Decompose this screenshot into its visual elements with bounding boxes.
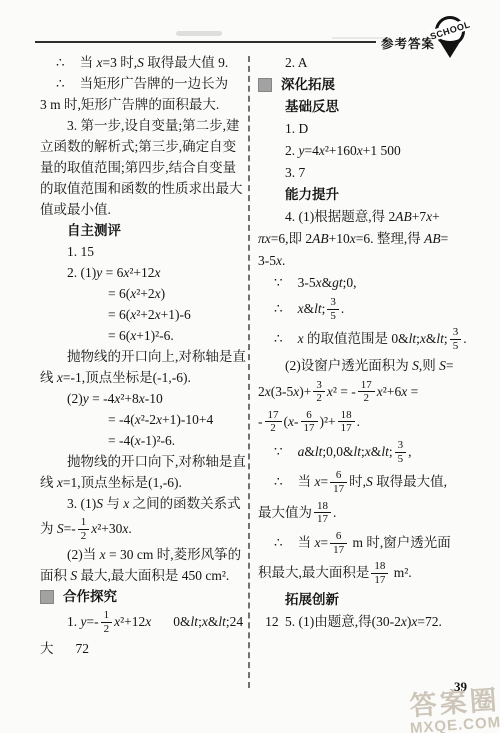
watermark: 答案圈 MXQE.COM [407,687,500,733]
math-run: 面积 S 最大,最大面积是 450 [40,568,205,583]
text-line: 3-5x. [258,250,496,272]
math-run: 3. (1)S 与 x 之间的函数关系式 [67,496,241,511]
fraction: 35 [327,296,339,322]
scan-smudge [176,31,222,36]
text-line: ∴当矩形广告牌的一边长为 [40,73,246,94]
math-run: = -4(x-1)²-6. [108,433,175,448]
text-line: ∴x 的取值范围是 0&lt;x&lt;35. [258,324,496,354]
math-run: 当 x= [298,475,329,490]
text-line: 2. A [258,52,496,74]
text-line: 基础反思 [258,96,496,118]
math-run: 2. y=4x²+160x+1 500 [285,143,401,158]
text-line: 积最大,最大面积是1817 m². [258,558,496,588]
fraction-denominator: 2 [78,530,90,543]
text-run: 3 m 时,矩形广告牌的面积最大. [40,97,219,112]
text-line: 4. (1)根据题意,得 2AB+7x+ [258,206,496,228]
text-line: 值或最小值. [40,199,246,220]
fraction-numerator: 1 [78,516,90,530]
text-run: 1. 15 [67,244,94,259]
fraction-numerator: 18 [314,500,331,514]
fraction: 12 [78,516,90,542]
text-line: 拓展创新 [258,589,496,611]
fraction-numerator: 3 [450,326,462,340]
text-run: 值或最小值. [40,202,111,217]
text-line: ∴当 x=617时,S 取得最大值, [258,467,496,497]
text-run: . [333,505,336,520]
fraction: 12 [101,609,113,635]
text-run: 自主测评 [67,223,121,238]
text-line: ∴x&lt;35. [258,294,496,324]
fraction: 1817 [338,409,355,435]
math-run: 3-5x. [258,253,285,268]
text-line: 量的取值范围;第四步,结合自变量 [40,157,246,178]
math-run: 2x(3-5x)+ [258,384,311,399]
section-header-line: 合作探究 [40,586,246,607]
text-run: 积最大,最大面积是 [258,565,369,580]
fraction: 172 [265,409,282,435]
math-run: 2. (1)y = 6x²+12x [67,265,161,280]
text-run: 大 [40,641,54,656]
text-run: ∴ [274,535,283,550]
text-run: 合作探究 [63,586,117,607]
math-run: πx=6,即 2AB+10x=6. 整理,得 AB= [258,231,448,246]
text-run: . [341,301,344,316]
fraction-numerator: 3 [313,379,325,393]
fraction-denominator: 17 [338,422,355,435]
text-line: (2)设窗户透光面积为 S,则 S= [258,355,496,377]
math-run: 当 x= [298,535,329,550]
text-run: - [258,414,263,429]
fraction: 172 [358,379,375,405]
math-run: 1. y=- [67,614,99,629]
text-line: 3. 7 [258,162,496,184]
section-marker-icon [258,78,272,92]
text-line: 抛物线的开口向上,对称轴是直 [40,346,246,367]
fraction-denominator: 2 [358,392,375,405]
fraction-numerator: 3 [395,439,407,453]
right-column: 2. A深化拓展基础反思1. D2. y=4x²+160x+1 5003. 7能… [258,52,496,633]
math-run: = 6(x²+2x+1)-6 [108,307,191,322]
math-run: a&lt;0,0&lt;x&lt; [298,444,393,459]
fraction: 1817 [314,500,331,526]
fraction-numerator: 17 [265,409,282,423]
text-line: 2. y=4x²+160x+1 500 [258,140,496,162]
text-run: cm 时,菱形风筝的 [137,547,241,562]
math-run: (2)设窗户透光面积为 S,则 S= [285,358,454,373]
text-run: ∴ [56,55,65,70]
fraction-denominator: 2 [265,422,282,435]
text-run: 72 [76,641,90,656]
fraction-denominator: 17 [314,513,331,526]
fraction-denominator: 5 [450,340,462,353]
math-run: = 6(x+1)²-6. [108,328,174,343]
text-run: 1. D [285,121,308,136]
math-run: = 6(x²+2x) [108,286,165,301]
answer-page: 参考答案 SCHOOL ∴当 x=3 时,S 取得最大值 9.∴当矩形广告牌的一… [0,0,500,733]
text-run: m². [390,565,411,580]
text-line: 5. (1)由题意,得(30-2x)x=72. [258,611,496,633]
math-run: x²+12x [114,614,151,629]
left-column: ∴当 x=3 时,S 取得最大值 9.∴当矩形广告牌的一边长为3 m 时,矩形广… [40,52,246,659]
fraction: 617 [301,409,318,435]
text-run: 拓展创新 [285,592,339,607]
fraction-denominator: 17 [330,544,347,557]
text-line: ∵a&lt;0,0&lt;x&lt;35, [258,437,496,467]
fraction: 35 [450,326,462,352]
math-run: 时,S 取得最大值, [349,475,447,490]
text-line: 线 x=1,顶点坐标是(1,-6). [40,472,246,493]
math-run: 3-5x&gt;0, [298,275,357,290]
text-line: 最大值为1817. [258,498,496,528]
text-line: 2x(3-5x)+32x² = -172x²+6x = [258,377,496,407]
text-run: 抛物线的开口向上,对称轴是直 [67,349,246,364]
text-line: 1. y=-12x²+12x0&lt;x&lt;2412 [40,607,246,637]
text-line: 抛物线的开口向下,对称轴是直 [40,451,246,472]
text-run: )²+ [320,414,336,429]
fraction-numerator: 18 [371,560,388,574]
math-run: x² = - [327,384,356,399]
text-run: ∴ [274,331,283,346]
fraction-denominator: 2 [313,392,325,405]
header-rule [35,41,376,43]
text-line: πx=6,即 2AB+10x=6. 整理,得 AB= [258,228,496,250]
math-run: (2)y = -4x²+8x-10 [67,391,163,406]
fraction: 1817 [371,560,388,586]
fraction-denominator: 2 [101,623,113,636]
fraction-denominator: 5 [395,453,407,466]
fraction-numerator: 6 [330,469,347,483]
section-header-line: 深化拓展 [258,74,496,96]
column-divider [248,56,250,688]
math-run: (x- [284,414,299,429]
text-line: = -4(x²-2x+1)-10+4 [40,409,246,430]
math-run: 线 x=-1,顶点坐标是(-1,-6). [40,370,191,385]
text-line: 立函数的解析式;第三步,确定自变 [40,136,246,157]
text-run: 抛物线的开口向下,对称轴是直 [67,454,246,469]
fraction: 35 [395,439,407,465]
text-run: 当矩形广告牌的一边长为 [80,76,229,91]
text-run: ∴ [274,301,283,316]
text-line: (2)y = -4x²+8x-10 [40,388,246,409]
text-line: ∴当 x=617 m 时,窗户透光面 [258,528,496,558]
text-line: 能力提升 [258,184,496,206]
fraction: 32 [313,379,325,405]
text-run: 能力提升 [285,187,339,202]
text-line: 1. D [258,118,496,140]
text-run: 基础反思 [285,99,339,114]
text-run: . [463,331,466,346]
fraction-numerator: 3 [327,296,339,310]
text-run: 2. A [285,55,308,70]
text-run: 最大值为 [258,505,312,520]
math-run: x 的取值范围是 0&lt;x&lt; [298,331,448,346]
text-run: 深化拓展 [281,74,335,96]
text-run: . [357,414,360,429]
fraction-numerator: 1 [101,609,113,623]
text-line: 大72 [40,638,246,659]
text-run: , [408,444,411,459]
math-run: 为 S=- [40,521,76,536]
section-marker-icon [40,590,54,604]
fraction-denominator: 17 [330,483,347,496]
text-run: 量的取值范围;第四步,结合自变量 [40,160,236,175]
math-run: 5. (1)由题意,得(30-2x)x=72. [285,614,442,629]
fraction: 617 [330,530,347,556]
text-run: 3. 第一步,设自变量;第二步,建 [67,118,240,133]
text-line: 3 m 时,矩形广告牌的面积最大. [40,94,246,115]
text-run: ∴ [274,475,283,490]
fraction-numerator: 17 [358,379,375,393]
fraction-denominator: 17 [301,422,318,435]
text-run: ∵ [274,275,283,290]
text-line: 自主测评 [40,220,246,241]
math-run: 0&lt;x&lt;24 [173,614,243,629]
fraction-numerator: 18 [338,409,355,423]
text-line: = 6(x²+2x+1)-6 [40,304,246,325]
fraction-denominator: 17 [371,574,388,587]
text-run: ∴ [56,76,65,91]
text-run: cm². [205,568,229,583]
text-run: 3. 7 [285,165,305,180]
text-line: (2)当 x = 30 cm 时,菱形风筝的 [40,544,246,565]
math-run: x²+6x = [377,384,418,399]
math-run: = -4(x²-2x+1)-10+4 [108,412,213,427]
text-line: 面积 S 最大,最大面积是 450 cm². [40,565,246,586]
math-run: x&lt; [298,301,326,316]
text-line: 为 S=-12x²+30x. [40,514,246,544]
math-run: (2)当 x = 30 [67,547,137,562]
text-line: 的取值范围和函数的性质求出最大 [40,178,246,199]
text-run: m 时,窗户透光面 [349,535,451,550]
text-run: 的取值范围和函数的性质求出最大 [40,181,243,196]
text-line: ∴当 x=3 时,S 取得最大值 9. [40,52,246,73]
text-line: = 6(x+1)²-6. [40,325,246,346]
math-run: x²+30x. [91,521,132,536]
fraction-numerator: 6 [330,530,347,544]
text-line: 1. 15 [40,241,246,262]
math-run: 线 x=1,顶点坐标是(1,-6). [40,475,182,490]
text-line: -172(x-617)²+1817. [258,407,496,437]
text-line: 3. (1)S 与 x 之间的函数关系式 [40,493,246,514]
fraction: 617 [330,469,347,495]
text-line: 2. (1)y = 6x²+12x [40,262,246,283]
fraction-denominator: 5 [327,310,339,323]
math-run: 当 x=3 时,S 取得最大值 9. [80,55,229,70]
math-run: 4. (1)根据题意,得 2AB+7x+ [285,209,440,224]
text-run: 立函数的解析式;第三步,确定自变 [40,139,236,154]
text-run: ∵ [274,444,283,459]
text-line: ∵3-5x&gt;0, [258,272,496,294]
fraction-numerator: 6 [301,409,318,423]
text-line: = 6(x²+2x) [40,283,246,304]
text-line: = -4(x-1)²-6. [40,430,246,451]
text-line: 线 x=-1,顶点坐标是(-1,-6). [40,367,246,388]
text-line: 3. 第一步,设自变量;第二步,建 [40,115,246,136]
